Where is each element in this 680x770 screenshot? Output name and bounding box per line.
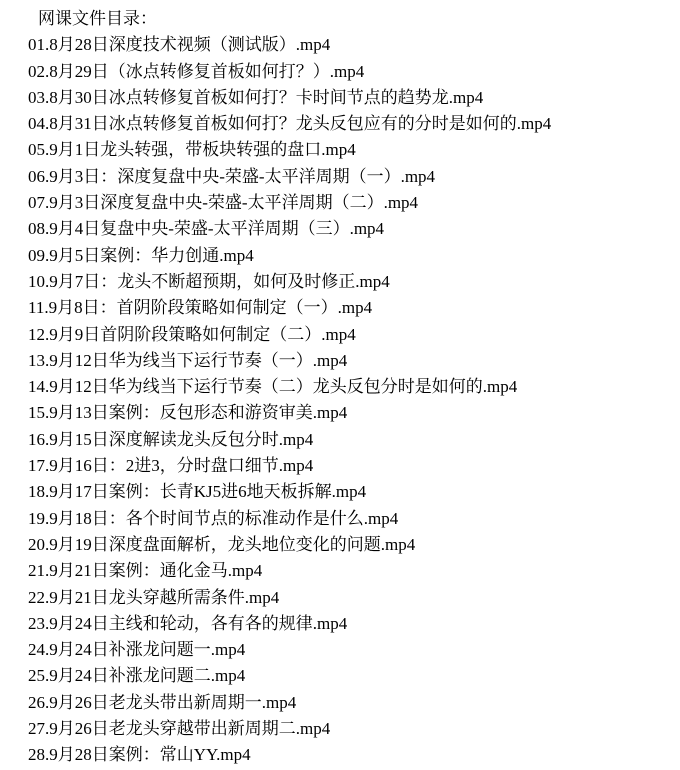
file-list-item: 08.9月4日复盘中央-荣盛-太平洋周期（三）.mp4 <box>28 216 672 242</box>
file-list-item: 06.9月3日：深度复盘中央-荣盛-太平洋周期（一）.mp4 <box>28 164 672 190</box>
file-list-item: 12.9月9日首阴阶段策略如何制定（二）.mp4 <box>28 322 672 348</box>
file-list-item: 27.9月26日老龙头穿越带出新周期二.mp4 <box>28 716 672 742</box>
file-list-item: 03.8月30日冰点转修复首板如何打？卡时间节点的趋势龙.mp4 <box>28 85 672 111</box>
file-list-item: 11.9月8日：首阴阶段策略如何制定（一）.mp4 <box>28 295 672 321</box>
page-title: 网课文件目录： <box>28 6 672 32</box>
file-list-item: 25.9月24日补涨龙问题二.mp4 <box>28 663 672 689</box>
file-list-item: 09.9月5日案例：华力创通.mp4 <box>28 243 672 269</box>
file-list-item: 05.9月1日龙头转强，带板块转强的盘口.mp4 <box>28 137 672 163</box>
file-list-item: 02.8月29日（冰点转修复首板如何打？）.mp4 <box>28 59 672 85</box>
file-list: 01.8月28日深度技术视频（测试版）.mp402.8月29日（冰点转修复首板如… <box>28 32 672 768</box>
file-list-item: 21.9月21日案例：通化金马.mp4 <box>28 558 672 584</box>
file-list-item: 24.9月24日补涨龙问题一.mp4 <box>28 637 672 663</box>
file-list-item: 04.8月31日冰点转修复首板如何打？龙头反包应有的分时是如何的.mp4 <box>28 111 672 137</box>
file-list-item: 20.9月19日深度盘面解析，龙头地位变化的问题.mp4 <box>28 532 672 558</box>
file-directory-document: 网课文件目录： 01.8月28日深度技术视频（测试版）.mp402.8月29日（… <box>0 0 680 770</box>
file-list-item: 22.9月21日龙头穿越所需条件.mp4 <box>28 585 672 611</box>
file-list-item: 23.9月24日主线和轮动，各有各的规律.mp4 <box>28 611 672 637</box>
file-list-item: 19.9月18日：各个时间节点的标准动作是什么.mp4 <box>28 506 672 532</box>
file-list-item: 28.9月28日案例：常山YY.mp4 <box>28 742 672 768</box>
file-list-item: 17.9月16日：2进3，分时盘口细节.mp4 <box>28 453 672 479</box>
file-list-item: 16.9月15日深度解读龙头反包分时.mp4 <box>28 427 672 453</box>
file-list-item: 18.9月17日案例：长青KJ5进6地天板拆解.mp4 <box>28 479 672 505</box>
file-list-item: 13.9月12日华为线当下运行节奏（一）.mp4 <box>28 348 672 374</box>
file-list-item: 14.9月12日华为线当下运行节奏（二）龙头反包分时是如何的.mp4 <box>28 374 672 400</box>
file-list-item: 01.8月28日深度技术视频（测试版）.mp4 <box>28 32 672 58</box>
file-list-item: 07.9月3日深度复盘中央-荣盛-太平洋周期（二）.mp4 <box>28 190 672 216</box>
file-list-item: 15.9月13日案例：反包形态和游资审美.mp4 <box>28 400 672 426</box>
file-list-item: 10.9月7日：龙头不断超预期，如何及时修正.mp4 <box>28 269 672 295</box>
file-list-item: 26.9月26日老龙头带出新周期一.mp4 <box>28 690 672 716</box>
